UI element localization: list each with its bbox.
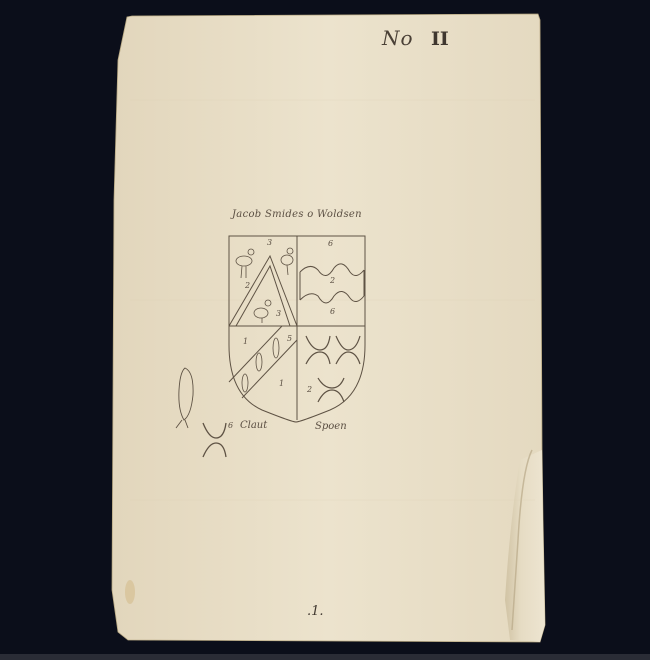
tincture-number: 2: [307, 385, 312, 394]
tincture-number: 2: [330, 276, 335, 285]
paper-sheet: [112, 14, 545, 642]
page-mark: .1.: [307, 604, 324, 619]
title-inscription: Jacob Smides o Woldsen: [232, 209, 362, 220]
side-figure-number: 6: [228, 421, 233, 430]
tincture-number: 2: [245, 281, 250, 290]
label-right: Spoen: [315, 421, 347, 432]
catalog-number: II: [431, 28, 449, 50]
tincture-number: 5: [287, 334, 292, 343]
tincture-number: 6: [328, 239, 333, 248]
manuscript-sheet: No II Jacob Smides o Woldsen Claut Spoen…: [0, 0, 650, 660]
paper-and-drawing: [0, 0, 650, 660]
catalog-number-prefix: No: [382, 26, 414, 50]
label-left: Claut: [240, 420, 267, 431]
tincture-number: 1: [243, 337, 248, 346]
tincture-number: 3: [267, 238, 272, 247]
tincture-number: 6: [330, 307, 335, 316]
tincture-number: 1: [279, 379, 284, 388]
paper-stain: [125, 580, 135, 604]
tincture-number: 3: [276, 309, 281, 318]
